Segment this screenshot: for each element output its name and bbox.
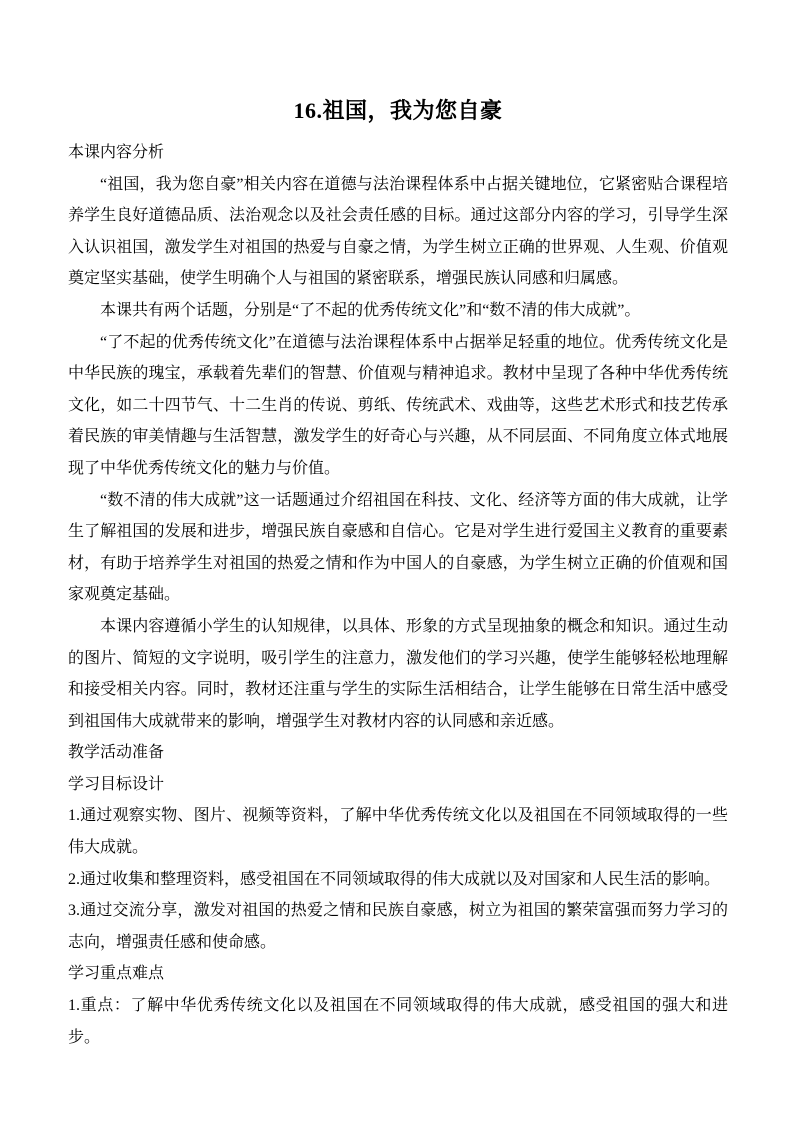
body-paragraph: “数不清的伟大成就”这一话题通过介绍祖国在科技、文化、经济等方面的伟大成就，让学…: [68, 485, 728, 611]
body-paragraph: “了不起的优秀传统文化”在道德与法治课程体系中占据举足轻重的地位。优秀传统文化是…: [68, 327, 728, 485]
document-title: 16.祖国，我为您自豪: [68, 95, 728, 126]
section-heading-key-points: 学习重点难点: [68, 958, 728, 990]
section-heading-activity-prep: 教学活动准备: [68, 737, 728, 769]
body-paragraph: 本课内容遵循小学生的认知规律，以具体、形象的方式呈现抽象的概念和知识。通过生动的…: [68, 611, 728, 737]
list-item-key-point-1: 1.重点：了解中华优秀传统文化以及祖国在不同领域取得的伟大成就，感受祖国的强大和…: [68, 990, 728, 1053]
list-item-goal-2: 2.通过收集和整理资料，感受祖国在不同领域取得的伟大成就以及对国家和人民生活的影…: [68, 864, 728, 896]
body-paragraph: “祖国，我为您自豪”相关内容在道德与法治课程体系中占据关键地位，它紧密贴合课程培…: [68, 169, 728, 295]
document-page: 16.祖国，我为您自豪 本课内容分析 “祖国，我为您自豪”相关内容在道德与法治课…: [0, 0, 794, 1123]
list-item-goal-1: 1.通过观察实物、图片、视频等资料，了解中华优秀传统文化以及祖国在不同领域取得的…: [68, 800, 728, 863]
list-item-goal-3: 3.通过交流分享，激发对祖国的热爱之情和民族自豪感，树立为祖国的繁荣富强而努力学…: [68, 895, 728, 958]
body-paragraph: 本课共有两个话题，分别是“了不起的优秀传统文化”和“数不清的伟大成就”。: [68, 295, 728, 327]
section-heading-learning-goals: 学习目标设计: [68, 769, 728, 801]
section-heading-content-analysis: 本课内容分析: [68, 137, 728, 169]
